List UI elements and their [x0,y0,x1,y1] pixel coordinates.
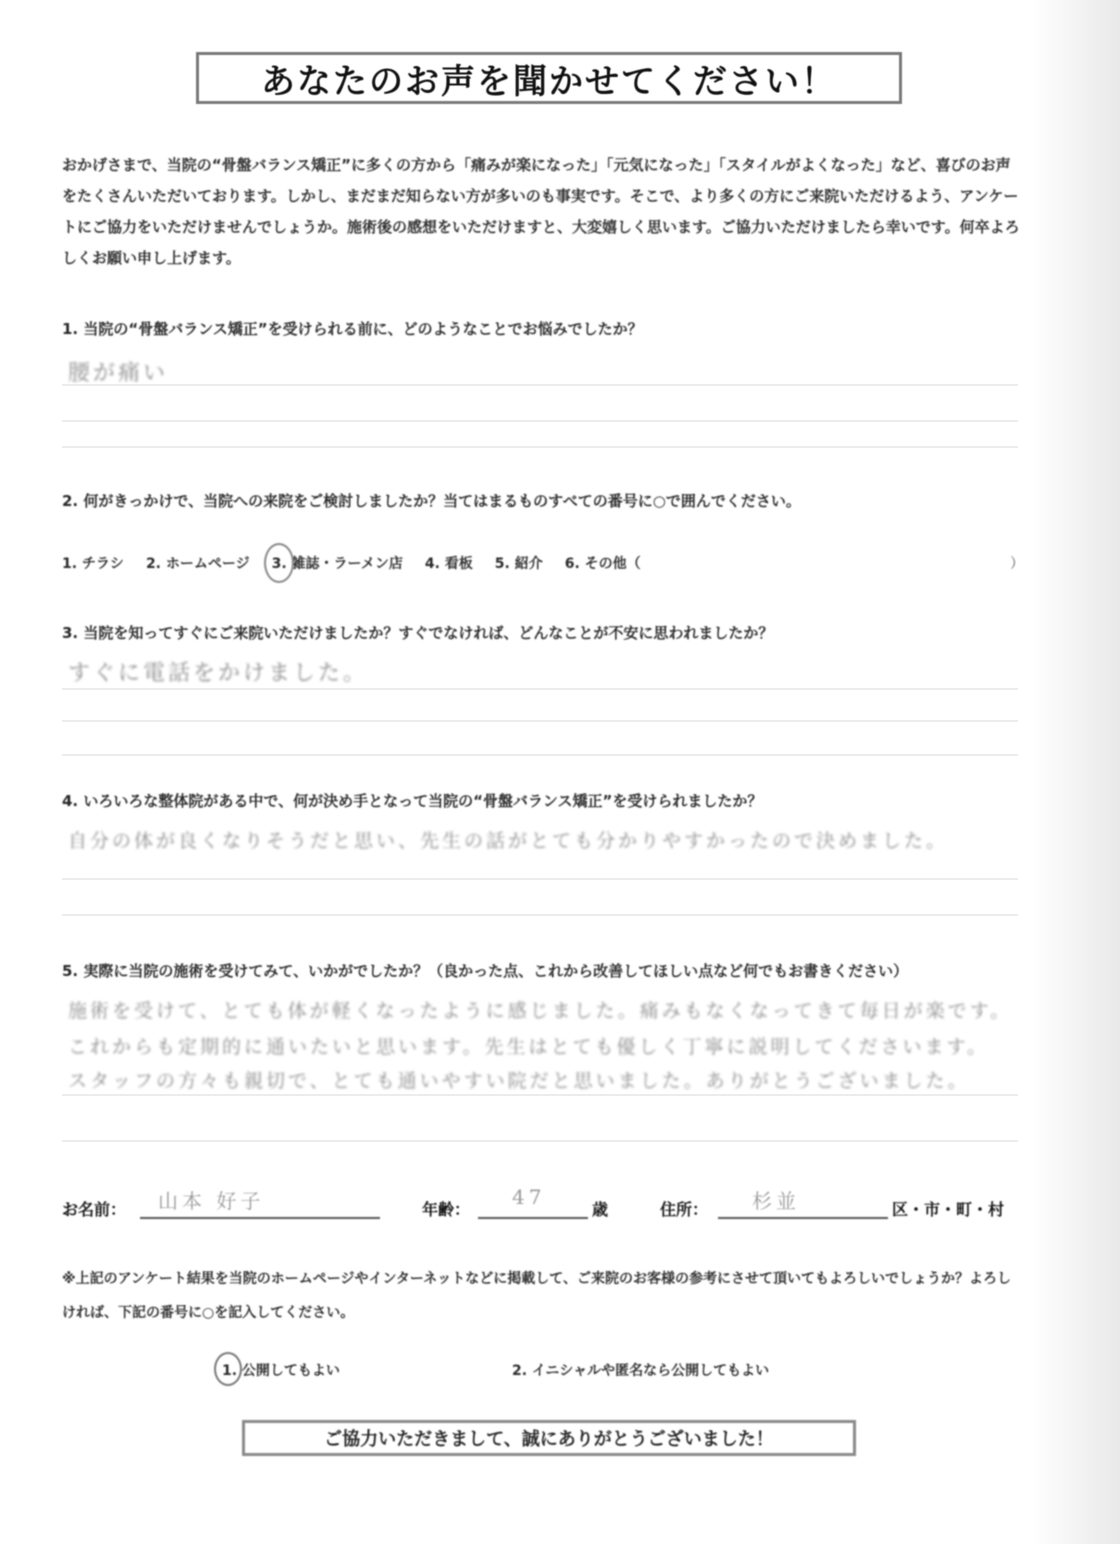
answer-line [62,420,1018,422]
questionnaire-page: あなたのお声を聞かせてください！ おかげさまで、当院の“骨盤バランス矯正”に多く… [0,0,1120,1544]
option-other[interactable]: 6. その他（ [565,553,641,573]
answer-line [62,878,1018,880]
option-signboard[interactable]: 4. 看板 [425,553,473,573]
question-text: 当院の“骨盤バランス矯正”を受けられる前に、どのようなことでお悩みでしたか？ [83,320,642,338]
question-3: 3. 当院を知ってすぐにご来院いただけましたか？すぐでなければ、どんなことが不安… [62,622,1022,643]
name-label: お名前： [62,1197,126,1220]
option-other-close: ） [1010,553,1024,573]
option-flyer[interactable]: 1. チラシ [62,553,124,573]
question-5: 5. 実際に当院の施術を受けてみて、いかがでしたか？（良かった点、これから改善し… [62,960,1022,981]
answer-line [62,1140,1018,1142]
question-text: 何がきっかけで、当院への来院をご検討しましたか？当てはまるものすべての番号に○で… [83,492,801,510]
question-2: 2. 何がきっかけで、当院への来院をご検討しましたか？当てはまるものすべての番号… [62,490,1022,511]
page-title: あなたのお声を聞かせてください！ [196,52,902,104]
answer-line [62,720,1018,722]
age-field[interactable]: 47 [512,1185,545,1209]
answer-5-line-2: これからも定期的に通いたいと思います。先生はとても優しく丁寧に説明してくださいま… [68,1032,989,1059]
option-magazine-selected[interactable]: 3. 雑誌・ラーメン店 [272,553,403,573]
question-1: 1. 当院の“骨盤バランス矯正”を受けられる前に、どのようなことでお悩みでしたか… [62,318,1022,339]
question-number: 3. [62,624,78,642]
answer-line [62,688,1018,690]
answer-line [62,446,1018,448]
source-options: 1. チラシ 2. ホームページ 3. 雑誌・ラーメン店 4. 看板 5. 紹介… [62,553,1022,573]
answer-5-line-1: 施術を受けて、とても体が軽くなったように感じました。痛みもなくなってきて毎日が楽… [68,996,1012,1023]
name-field[interactable]: 山本 好子 [158,1185,264,1214]
answer-line [62,1094,1018,1096]
publication-notice: ※上記のアンケート結果を当院のホームページやインターネットなどに掲載して、ご来院… [62,1262,1022,1330]
thanks-banner: ご協力いただきまして、誠にありがとうございました！ [242,1420,856,1456]
option-referral[interactable]: 5. 紹介 [495,553,543,573]
question-text: 実際に当院の施術を受けてみて、いかがでしたか？（良かった点、これから改善してほし… [83,962,908,980]
question-text: 当院を知ってすぐにご来院いただけましたか？すぐでなければ、どんなことが不安に思わ… [83,624,773,642]
question-number: 1. [62,320,78,338]
answer-line [62,914,1018,916]
age-line [478,1217,588,1219]
name-line [140,1217,380,1219]
age-unit: 歳 [592,1197,608,1220]
option-homepage[interactable]: 2. ホームページ [146,553,250,573]
consent-option-public[interactable]: 1. 公開してもよい [222,1360,340,1380]
address-field[interactable]: 杉並 [752,1185,800,1214]
respondent-info: お名前： 山本 好子 年齢： 47 歳 住所： 杉並 区・市・町・村 [62,1195,1022,1225]
answer-1-handwriting: 腰が痛い [68,356,168,387]
question-4: 4. いろいろな整体院がある中で、何が決め手となって当院の“骨盤バランス矯正”を… [62,790,1022,811]
question-number: 2. [62,492,78,510]
question-number: 5. [62,962,78,980]
question-text: いろいろな整体院がある中で、何が決め手となって当院の“骨盤バランス矯正”を受けら… [83,792,762,810]
answer-4-handwriting: 自分の体が良くなりそうだと思い、先生の話がとても分かりやすかったので決めました。 [68,826,948,853]
answer-3-handwriting: すぐに電話をかけました。 [68,656,368,687]
age-label: 年齢： [422,1197,470,1220]
intro-paragraph: おかげさまで、当院の“骨盤バランス矯正”に多くの方から「痛みが楽になった」「元気… [62,150,1022,274]
question-number: 4. [62,792,78,810]
answer-5-line-3: スタッフの方々も親切で、とても通いやすい院だと思いました。ありがとうございました… [68,1066,970,1093]
answer-line [62,384,1018,386]
address-suffix: 区・市・町・村 [892,1197,1004,1220]
address-line [718,1217,888,1219]
consent-option-initials[interactable]: 2. イニシャルや匿名なら公開してもよい [512,1360,769,1380]
address-label: 住所： [660,1197,708,1220]
answer-line [62,754,1018,756]
